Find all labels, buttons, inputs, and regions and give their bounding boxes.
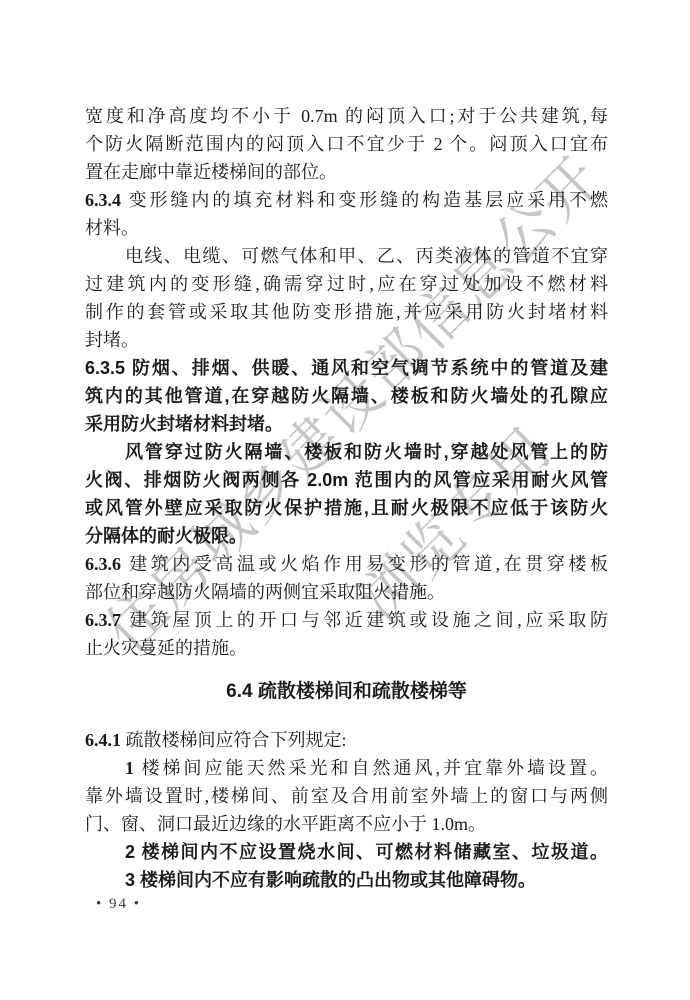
text-line: 止火灾蔓延的措施。 bbox=[85, 634, 608, 662]
text-run: 或风管外壁应采取防火保护措施,且耐火极限不应低于该防火 bbox=[85, 498, 608, 518]
text-line: 个防火隔断范围内的闷顶入口不宜少于 2 个。闷顶入口宜布 bbox=[85, 130, 608, 158]
text-run: 部位和穿越防火隔墙的两侧宜采取阻火措施。 bbox=[85, 582, 445, 602]
text-run: 封堵。 bbox=[85, 330, 139, 350]
text-line: 置在走廊中靠近楼梯间的部位。 bbox=[85, 158, 608, 186]
text-line: 6.3.7 建筑屋顶上的开口与邻近建筑或设施之间,应采取防 bbox=[85, 606, 608, 634]
text-run: 建筑屋顶上的开口与邻近建筑或设施之间,应采取防 bbox=[121, 610, 608, 630]
text-run: 楼梯间内不应有影响疏散的凸出物或其他障碍物。 bbox=[135, 870, 536, 890]
text-run: 变形缝内的填充材料和变形缝的构造基层应采用不燃 bbox=[121, 190, 608, 210]
clause-number: 1 bbox=[125, 758, 134, 778]
text-run: 止火灾蔓延的措施。 bbox=[85, 638, 247, 658]
text-run: 防烟、排烟、供暖、通风和空气调节系统中的管道及建 bbox=[125, 358, 608, 378]
document-body: 宽度和净高度均不小于 0.7m 的闷顶入口;对于公共建筑,每个防火隔断范围内的闷… bbox=[85, 0, 608, 894]
text-run: 火阀、排烟防火阀两侧各 2.0m 范围内的风管应采用耐火风管 bbox=[85, 470, 608, 490]
text-line: 或风管外壁应采取防火保护措施,且耐火极限不应低于该防火 bbox=[85, 494, 608, 522]
text-run: 楼梯间内不应设置烧水间、可燃材料储藏室、垃圾道。 bbox=[135, 842, 608, 862]
text-run: 材料。 bbox=[85, 218, 139, 238]
text-line: 6.4.1 疏散楼梯间应符合下列规定: bbox=[85, 726, 608, 754]
text-line: 火阀、排烟防火阀两侧各 2.0m 范围内的风管应采用耐火风管 bbox=[85, 466, 608, 494]
text-line: 封堵。 bbox=[85, 326, 608, 354]
text-line: 制作的套管或采取其他防变形措施,并应采用防火封堵材料 bbox=[85, 298, 608, 326]
text-line: 2 楼梯间内不应设置烧水间、可燃材料储藏室、垃圾道。 bbox=[85, 838, 608, 866]
clause-number: 6.4.1 bbox=[85, 730, 121, 750]
text-run: 置在走廊中靠近楼梯间的部位。 bbox=[85, 162, 337, 182]
text-line: 采用防火封堵材料封堵。 bbox=[85, 410, 608, 438]
text-line: 筑内的其他管道,在穿越防火隔墙、楼板和防火墙处的孔隙应 bbox=[85, 382, 608, 410]
text-run: 门、窗、洞口最近边缘的水平距离不应小于 1.0m。 bbox=[85, 814, 486, 834]
text-line: 6.3.5 防烟、排烟、供暖、通风和空气调节系统中的管道及建 bbox=[85, 354, 608, 382]
text-run: 分隔体的耐火极限。 bbox=[85, 526, 247, 546]
page-number: • 94 • bbox=[96, 896, 141, 913]
clause-number: 2 bbox=[125, 842, 135, 862]
text-run: 个防火隔断范围内的闷顶入口不宜少于 2 个。闷顶入口宜布 bbox=[85, 134, 608, 154]
text-run: 疏散楼梯间应符合下列规定: bbox=[121, 730, 347, 750]
clause-number: 6.3.6 bbox=[85, 554, 121, 574]
text-line: 过建筑内的变形缝,确需穿过时,应在穿过处加设不燃材料 bbox=[85, 270, 608, 298]
text-line: 分隔体的耐火极限。 bbox=[85, 522, 608, 550]
text-line: 宽度和净高度均不小于 0.7m 的闷顶入口;对于公共建筑,每 bbox=[85, 102, 608, 130]
document-page: 住房城乡建设部信息公开 浏览专用 宽度和净高度均不小于 0.7m 的闷顶入口;对… bbox=[0, 0, 690, 1000]
text-line: 6.3.6 建筑内受高温或火焰作用易变形的管道,在贯穿楼板 bbox=[85, 550, 608, 578]
text-run: 过建筑内的变形缝,确需穿过时,应在穿过处加设不燃材料 bbox=[85, 274, 608, 294]
text-run: 靠外墙设置时,楼梯间、前室及合用前室外墙上的窗口与两侧 bbox=[85, 786, 608, 806]
text-line: 材料。 bbox=[85, 214, 608, 242]
clause-number: 6.4 bbox=[226, 681, 252, 702]
text-line: 3 楼梯间内不应有影响疏散的凸出物或其他障碍物。 bbox=[85, 866, 608, 894]
clause-number: 3 bbox=[125, 870, 135, 890]
section-heading: 6.4 疏散楼梯间和疏散楼梯等 bbox=[85, 678, 608, 706]
text-run: 电线、电缆、可燃气体和甲、乙、丙类液体的管道不宜穿 bbox=[125, 246, 608, 266]
text-line: 电线、电缆、可燃气体和甲、乙、丙类液体的管道不宜穿 bbox=[85, 242, 608, 270]
text-line: 风管穿过防火隔墙、楼板和防火墙时,穿越处风管上的防 bbox=[85, 438, 608, 466]
text-run: 疏散楼梯间和疏散楼梯等 bbox=[253, 681, 467, 702]
text-run: 制作的套管或采取其他防变形措施,并应采用防火封堵材料 bbox=[85, 302, 608, 322]
text-run: 风管穿过防火隔墙、楼板和防火墙时,穿越处风管上的防 bbox=[125, 442, 608, 462]
clause-number: 6.3.7 bbox=[85, 610, 121, 630]
text-run: 筑内的其他管道,在穿越防火隔墙、楼板和防火墙处的孔隙应 bbox=[85, 386, 608, 406]
clause-number: 6.3.5 bbox=[85, 358, 125, 378]
text-run: 楼梯间应能天然采光和自然通风,并宜靠外墙设置。 bbox=[134, 758, 608, 778]
text-line: 部位和穿越防火隔墙的两侧宜采取阻火措施。 bbox=[85, 578, 608, 606]
text-run: 宽度和净高度均不小于 0.7m 的闷顶入口;对于公共建筑,每 bbox=[85, 106, 608, 126]
text-line: 6.3.4 变形缝内的填充材料和变形缝的构造基层应采用不燃 bbox=[85, 186, 608, 214]
text-line: 1 楼梯间应能天然采光和自然通风,并宜靠外墙设置。 bbox=[85, 754, 608, 782]
text-run: 采用防火封堵材料封堵。 bbox=[85, 414, 283, 434]
clause-number: 6.3.4 bbox=[85, 190, 121, 210]
text-line: 靠外墙设置时,楼梯间、前室及合用前室外墙上的窗口与两侧 bbox=[85, 782, 608, 810]
text-line: 门、窗、洞口最近边缘的水平距离不应小于 1.0m。 bbox=[85, 810, 608, 838]
text-run: 建筑内受高温或火焰作用易变形的管道,在贯穿楼板 bbox=[121, 554, 608, 574]
